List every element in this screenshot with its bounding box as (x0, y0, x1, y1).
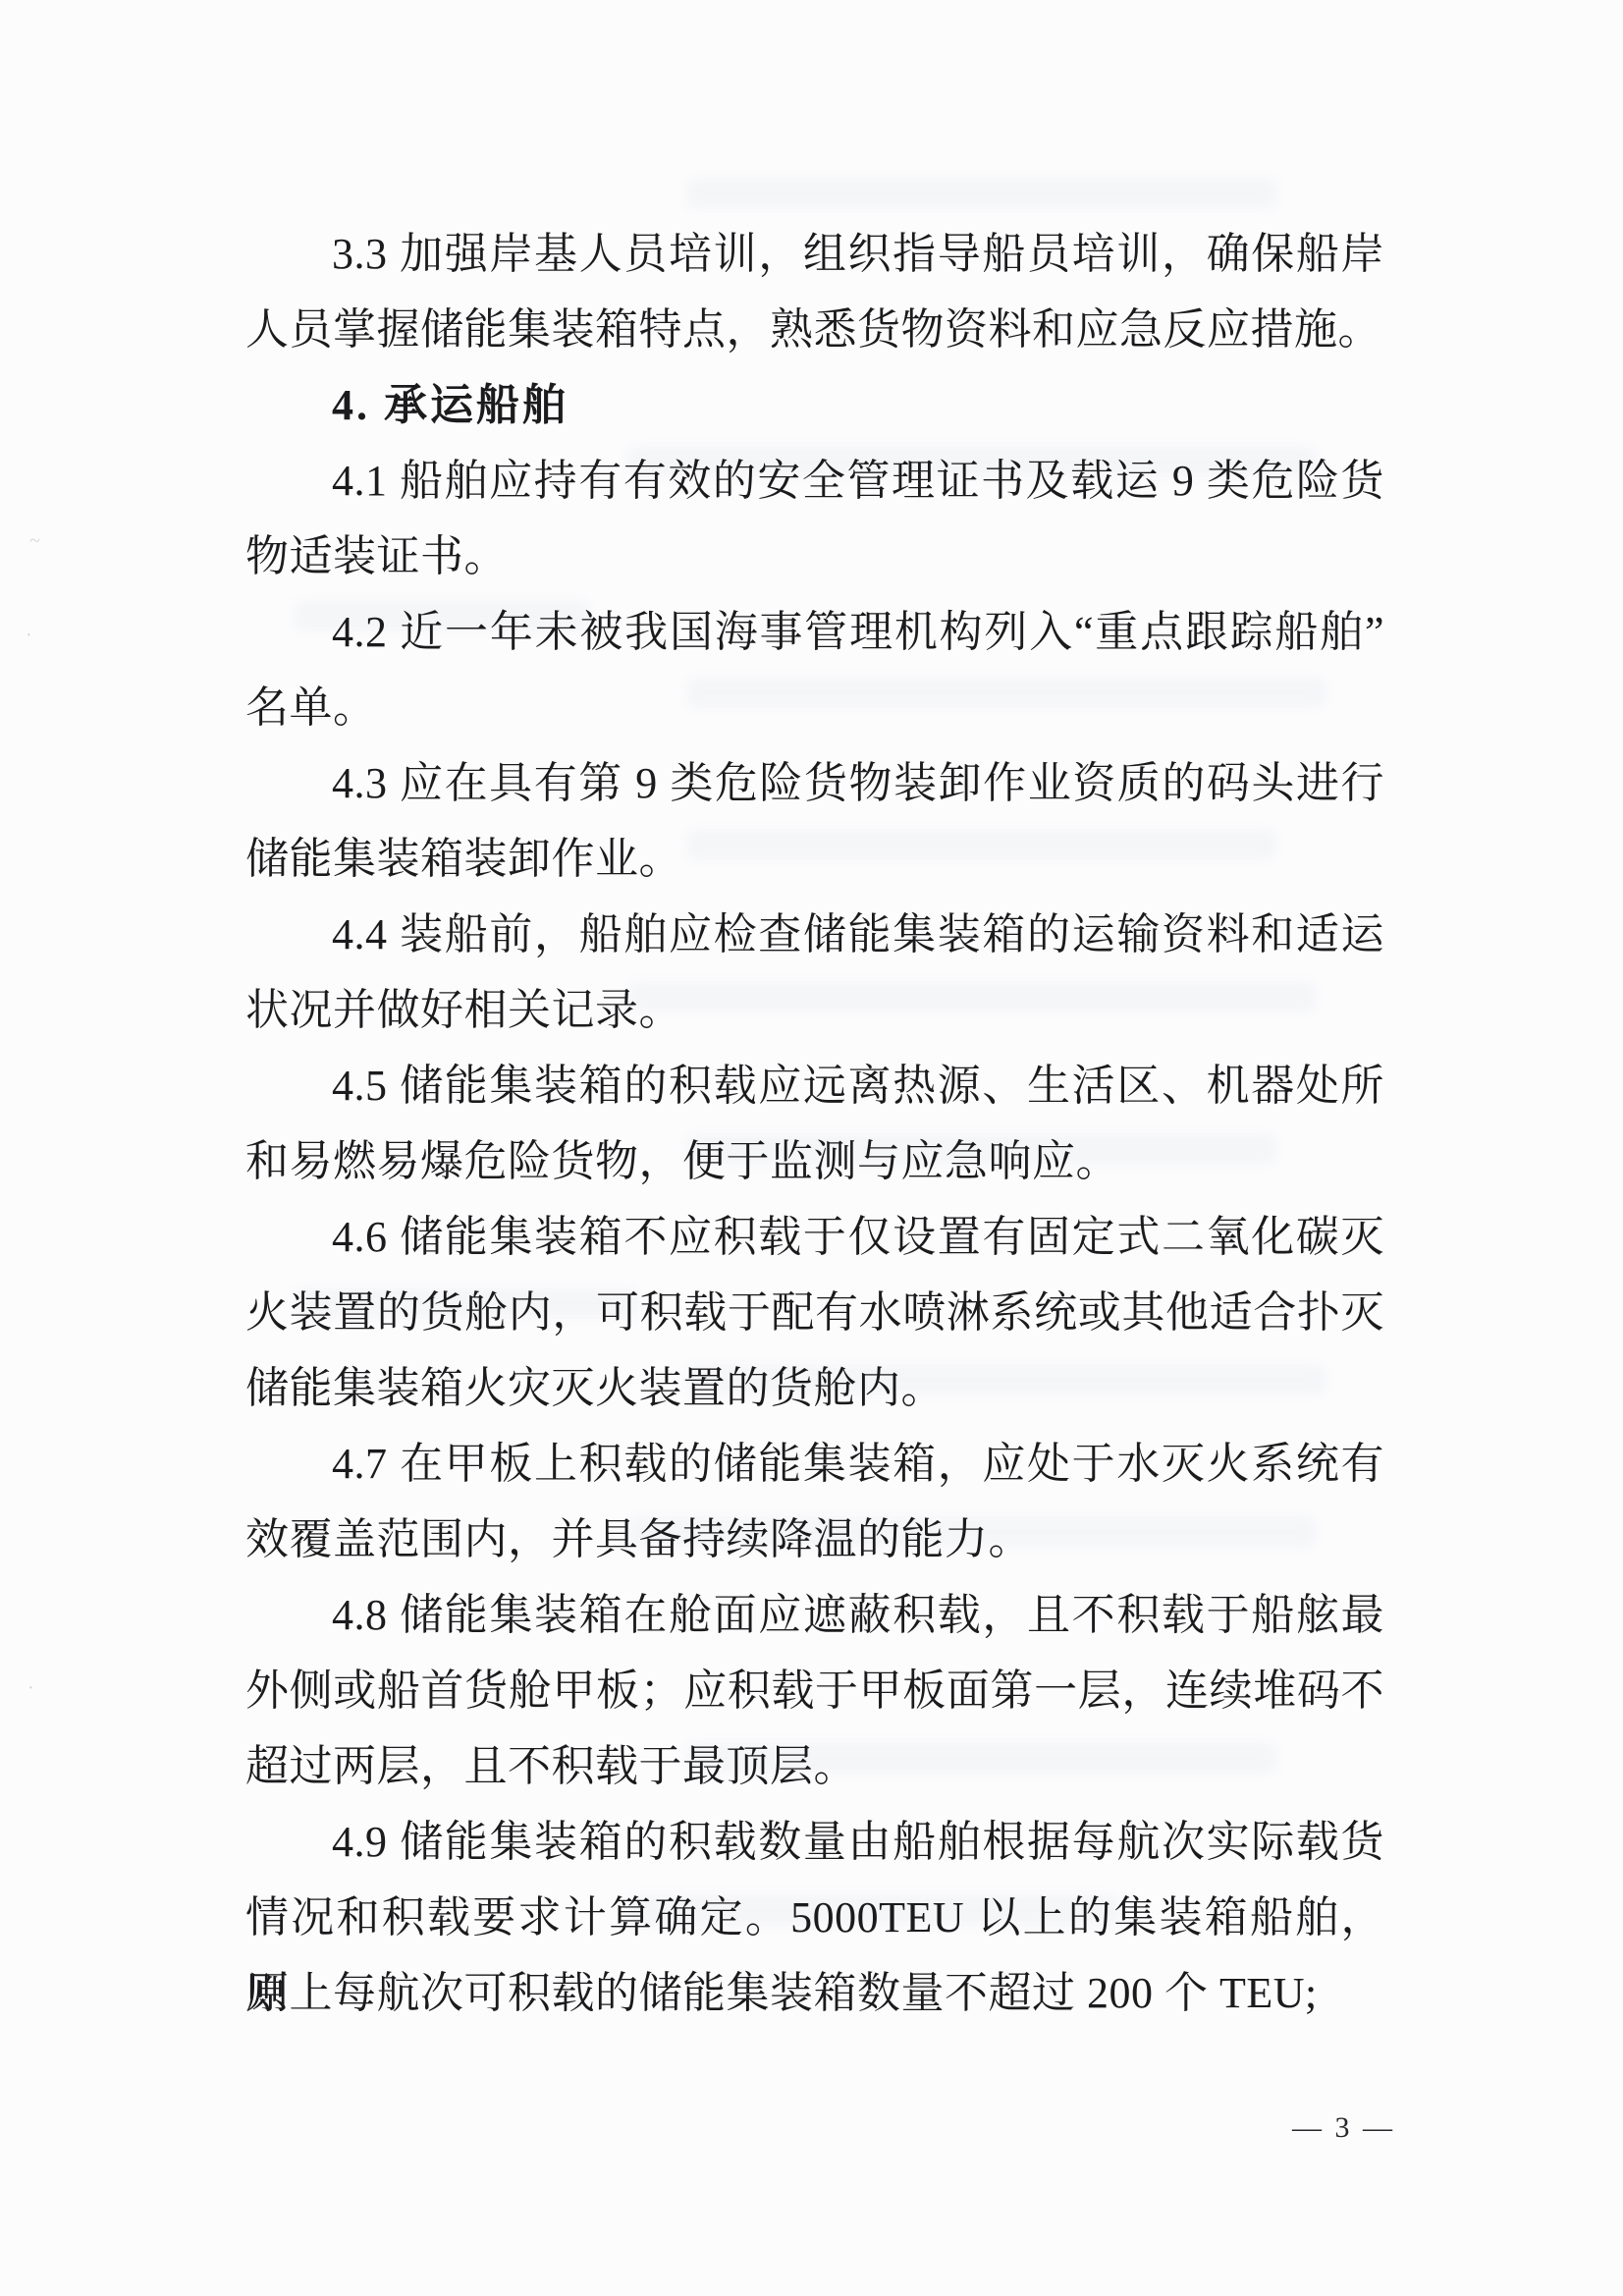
paragraph-line: 状况并做好相关记录。 (245, 972, 1384, 1048)
paragraph-line: 储能集装箱火灾灭火装置的货舱内。 (245, 1350, 1384, 1426)
paragraph-line: 储能集装箱装卸作业。 (245, 821, 1384, 897)
paragraph-line: 效覆盖范围内，并具备持续降温的能力。 (245, 1502, 1384, 1577)
scanned-document-page: ~ · · 3.3 加强岸基人员培训，组织指导船员培训，确保船岸人员掌握储能集装… (0, 0, 1623, 2296)
document-text: 3.3 加强岸基人员培训，组织指导船员培训，确保船岸人员掌握储能集装箱特点，熟悉… (245, 216, 1384, 2031)
paragraph-line: 名单。 (245, 670, 1384, 745)
bleedthrough-artifact (687, 179, 1276, 208)
paragraph-line: 则上每航次可积载的储能集装箱数量不超过 200 个 TEU; (245, 1955, 1384, 2031)
paragraph-line: 4.3 应在具有第 9 类危险货物装卸作业资质的码头进行 (245, 745, 1384, 821)
paragraph-line: 4.9 储能集装箱的积载数量由船舶根据每航次实际载货 (245, 1804, 1384, 1880)
paragraph-line: 和易燃易爆危险货物，便于监测与应急响应。 (245, 1123, 1384, 1199)
paragraph-line: 3.3 加强岸基人员培训，组织指导船员培训，确保船岸 (245, 216, 1384, 292)
paragraph-line: 超过两层，且不积载于最顶层。 (245, 1728, 1384, 1804)
paragraph-line: 4.8 储能集装箱在舱面应遮蔽积载，且不积载于船舷最 (245, 1577, 1384, 1653)
paragraph-line: 情况和积载要求计算确定。5000TEU 以上的集装箱船舶，原 (245, 1880, 1384, 1955)
paragraph-line: 人员掌握储能集装箱特点，熟悉货物资料和应急反应措施。 (245, 292, 1384, 367)
scan-speck: ~ (29, 530, 40, 553)
paragraph-line: 物适装证书。 (245, 519, 1384, 594)
scan-speck: · (26, 625, 32, 647)
paragraph-line: 4.2 近一年未被我国海事管理机构列入“重点跟踪船舶” (245, 594, 1384, 670)
paragraph-line: 4.1 船舶应持有有效的安全管理证书及载运 9 类危险货 (245, 443, 1384, 519)
scan-speck: · (27, 1677, 34, 1700)
paragraph-line: 火装置的货舱内，可积载于配有水喷淋系统或其他适合扑灭 (245, 1275, 1384, 1350)
paragraph-line: 4.6 储能集装箱不应积载于仅设置有固定式二氧化碳灭 (245, 1199, 1384, 1275)
section-heading: 4. 承运船舶 (245, 367, 1384, 443)
paragraph-line: 外侧或船首货舱甲板；应积载于甲板面第一层，连续堆码不 (245, 1653, 1384, 1728)
page-number: — 3 — (1292, 2111, 1395, 2145)
paragraph-line: 4.7 在甲板上积载的储能集装箱，应处于水灭火系统有 (245, 1426, 1384, 1502)
paragraph-line: 4.4 装船前，船舶应检查储能集装箱的运输资料和适运 (245, 897, 1384, 972)
paragraph-line: 4.5 储能集装箱的积载应远离热源、生活区、机器处所 (245, 1048, 1384, 1123)
